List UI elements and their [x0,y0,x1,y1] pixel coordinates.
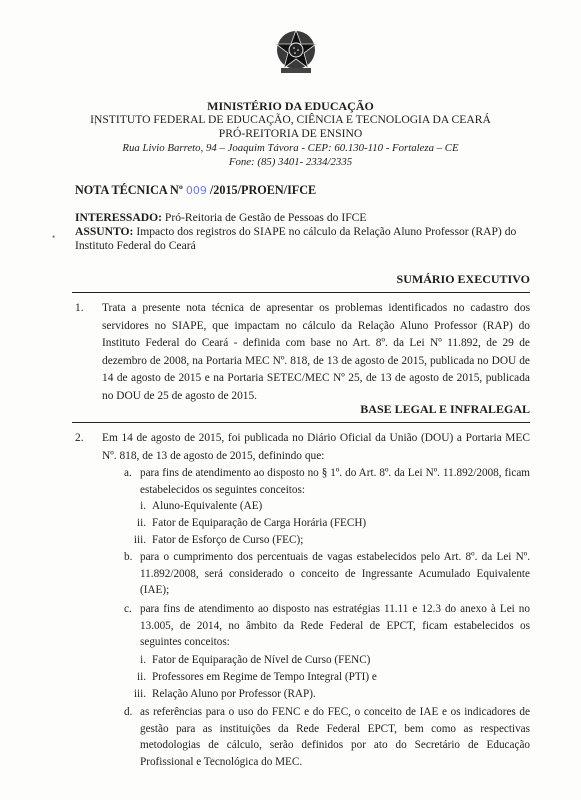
list-item-b: b. para o cumprimento dos percentuais de… [140,549,530,599]
note-metadata: INTERESSADO: Pró-Reitoria de Gestão de P… [75,211,530,253]
list-item-c-ii: ii.Professores em Regime de Tempo Integr… [124,669,377,686]
paragraph-2: 2. Em 14 de agosto de 2015, foi publicad… [75,430,530,465]
address: Rua Livio Barreto, 94 – Joaquim Távora -… [0,141,581,155]
scan-mark: ꜜ, [90,116,97,126]
pro-rectory-name: PRÓ-REITORIA DE ENSINO [0,127,581,141]
section-heading-summary: SUMÁRIO EXECUTIVO [72,272,530,293]
interessado-line: INTERESSADO: Pró-Reitoria de Gestão de P… [75,211,530,225]
ministry-title: MINISTÉRIO DA EDUCAÇÃO [0,99,581,113]
paragraph-1: 1. Trata a presente nota técnica de apre… [75,300,530,405]
list-item-c-i: i.Fator de Equiparação de Nível de Curso… [124,652,370,669]
list-item-a-iii: iii.Fator de Esforço de Curso (FEC); [124,532,303,549]
list-item-a-ii: ii.Fator de Equiparação de Carga Horária… [124,515,366,532]
document-page: MINISTÉRIO DA EDUCAÇÃO INSTITUTO FEDERAL… [0,0,581,800]
list-item-a: a. para fins de atendimento ao disposto … [140,465,530,498]
phone: Fone: (85) 3401- 2334/2335 [0,155,581,169]
list-item-d: d. as referências para o uso do FENC e d… [140,704,530,770]
list-item-c-iii: iii.Relação Aluno por Professor (RAP). [124,686,316,703]
handwritten-number: 009 [186,184,207,197]
letterhead: MINISTÉRIO DA EDUCAÇÃO INSTITUTO FEDERAL… [0,99,581,169]
scan-mark: • [52,232,55,242]
list-item-c: c. para fins de atendimento ao disposto … [140,601,530,651]
section-heading-legal-basis: BASE LEGAL E INFRALEGAL [72,402,530,423]
technical-note-title: NOTA TÉCNICA Nº009/2015/PROEN/IFCE [75,183,316,198]
list-item-a-i: i.Aluno-Equivalente (AE) [124,498,262,515]
institute-name: INSTITUTO FEDERAL DE EDUCAÇÃO, CIÊNCIA E… [0,113,581,127]
assunto-line: ASSUNTO: Impacto dos registros do SIAPE … [75,225,530,253]
coat-of-arms-icon [271,26,321,76]
